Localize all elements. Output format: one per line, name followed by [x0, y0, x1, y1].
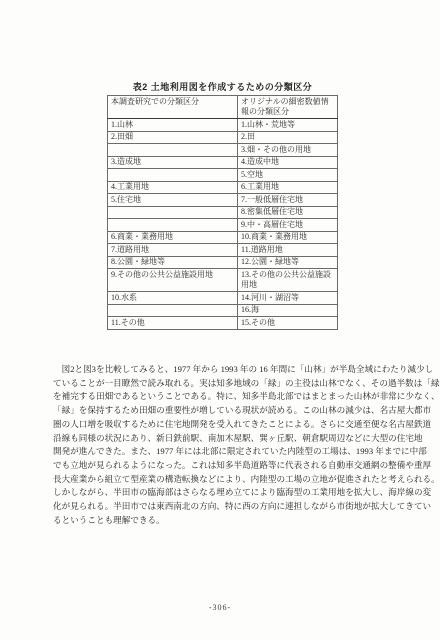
- table-cell-original-category: 13.その他の公共公益施設用地: [238, 269, 338, 292]
- body-line: 沿線も同様の状況にあり、新日鉄前駅、南加木屋駅、巽ヶ丘駅、朝倉駅周辺などに大型の…: [53, 432, 389, 446]
- table-cell-study-category: 6.商業・業務用地: [108, 231, 238, 244]
- body-paragraph: 図2と図3を比較してみると、1977 年から 1993 年の 16 年間に「山林…: [53, 363, 389, 527]
- table-cell-original-category: 7.一般低層住宅地: [238, 194, 338, 207]
- table-cell-original-category: 15.その他: [238, 317, 338, 330]
- document-page: 表2 土地利用図を作成するための分類区分 本調査研究での分類区分 オリジナルの細…: [0, 0, 440, 640]
- table-cell-original-category: 16.海: [238, 304, 338, 317]
- body-line: を補完する田畑であるということである。特に、知多半島北部ではまとまった山林が非常…: [53, 390, 389, 404]
- table-row: 11.その他 15.その他: [108, 317, 338, 330]
- table-row: 8.密集低層住宅地: [108, 206, 338, 219]
- table-row: 3.畑・その他の用地: [108, 144, 338, 157]
- table-cell-study-category: 2.田畑: [108, 131, 238, 144]
- table-row: 6.商業・業務用地 10.商業・業務用地: [108, 231, 338, 244]
- table-body: 1.山林 1.山林・荒地等 2.田畑 2.田 3.畑・その他の用地 3.造成地 …: [108, 119, 338, 330]
- table-cell-study-category: [108, 169, 238, 182]
- body-line: でも立地が見られるようになった。これは知多半島道路等に代表される自動車交通網の整…: [53, 459, 389, 473]
- table-cell-study-category: 1.山林: [108, 119, 238, 132]
- table-row: 3.造成地 4.造成中地: [108, 156, 338, 169]
- table-cell-study-category: 8.公園・緑地等: [108, 256, 238, 269]
- body-line: 「緑」を保持するため田畑の重要性が増している現状が読める。この山林の減少は、名古…: [53, 404, 389, 418]
- table-title: 表2 土地利用図を作成するための分類区分: [90, 80, 355, 93]
- table-row: 2.田畑 2.田: [108, 131, 338, 144]
- body-line: るということも理解できる。: [53, 514, 389, 528]
- table-cell-original-category: 5.空地: [238, 169, 338, 182]
- table-header-row: 本調査研究での分類区分 オリジナルの細密数値情報の分類区分: [108, 96, 338, 119]
- table-cell-study-category: 11.その他: [108, 317, 238, 330]
- body-line: 長大産業から組立て型産業の構造転換などにより、内陸型の工場の立地が促進されたと考…: [53, 473, 389, 487]
- table-cell-original-category: 2.田: [238, 131, 338, 144]
- table-cell-study-category: [108, 144, 238, 157]
- table-cell-study-category: [108, 219, 238, 232]
- table-row: 4.工業用地 6.工業用地: [108, 181, 338, 194]
- body-line: しかしながら、半田市の臨海部はさらなる埋め立てにより臨海型の工業用地を拡大し、海…: [53, 486, 389, 500]
- table-row: 9.中・高層住宅地: [108, 219, 338, 232]
- table-row: 7.道路用地 11.道路用地: [108, 244, 338, 257]
- table-cell-original-category: 6.工業用地: [238, 181, 338, 194]
- table-cell-study-category: 9.その他の公共公益施設用地: [108, 269, 238, 292]
- land-use-classification-table: 本調査研究での分類区分 オリジナルの細密数値情報の分類区分 1.山林 1.山林・…: [107, 95, 338, 330]
- table-cell-original-category: 4.造成中地: [238, 156, 338, 169]
- table-header-cell-left: 本調査研究での分類区分: [108, 96, 238, 119]
- table-row: 5.空地: [108, 169, 338, 182]
- table-cell-study-category: [108, 304, 238, 317]
- table-cell-study-category: 5.住宅地: [108, 194, 238, 207]
- table-row: 16.海: [108, 304, 338, 317]
- table-cell-study-category: 7.道路用地: [108, 244, 238, 257]
- table-row: 9.その他の公共公益施設用地 13.その他の公共公益施設用地: [108, 269, 338, 292]
- table-row: 10.水系 14.河川・湖沼等: [108, 292, 338, 305]
- body-line: ていることが一目瞭然で読み取れる。実は知多地域の「緑」の主役は山林でなく、その過…: [53, 377, 389, 391]
- table-cell-original-category: 10.商業・業務用地: [238, 231, 338, 244]
- table-cell-original-category: 14.河川・湖沼等: [238, 292, 338, 305]
- body-line: 圏の人口増を吸収するために住宅地開発を受入れてきたことによる。さらに交通至便な名…: [53, 418, 389, 432]
- table-cell-original-category: 12.公園・緑地等: [238, 256, 338, 269]
- table-cell-original-category: 3.畑・その他の用地: [238, 144, 338, 157]
- table-header-cell-right: オリジナルの細密数値情報の分類区分: [238, 96, 338, 119]
- table-cell-original-category: 9.中・高層住宅地: [238, 219, 338, 232]
- table-cell-study-category: 4.工業用地: [108, 181, 238, 194]
- table-cell-original-category: 11.道路用地: [238, 244, 338, 257]
- table-cell-study-category: [108, 206, 238, 219]
- page-number: -306-: [0, 603, 440, 612]
- table-cell-study-category: 10.水系: [108, 292, 238, 305]
- table-row: 1.山林 1.山林・荒地等: [108, 119, 338, 132]
- table-row: 5.住宅地 7.一般低層住宅地: [108, 194, 338, 207]
- table-cell-study-category: 3.造成地: [108, 156, 238, 169]
- table-row: 8.公園・緑地等 12.公園・緑地等: [108, 256, 338, 269]
- body-line: 図2と図3を比較してみると、1977 年から 1993 年の 16 年間に「山林…: [53, 363, 389, 377]
- table-cell-original-category: 8.密集低層住宅地: [238, 206, 338, 219]
- body-line: 開発が進んできた。また、1977 年には北部に限定されていた内陸型の工場は、19…: [53, 445, 389, 459]
- body-line: 化が見られる。半田市では東西南北の方向、特に西の方向に連担しながら市街地が拡大し…: [53, 500, 389, 514]
- table-cell-original-category: 1.山林・荒地等: [238, 119, 338, 132]
